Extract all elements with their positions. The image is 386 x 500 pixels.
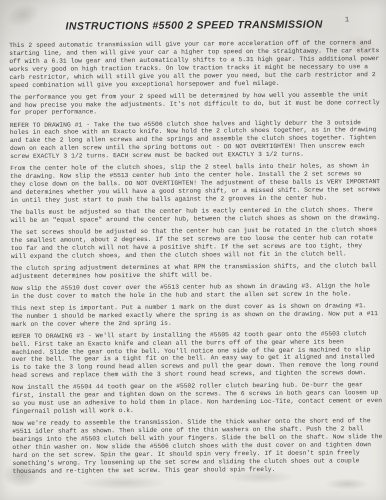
paragraph-mark-cover: This next step is important. Put a numbe… [11,302,381,329]
paragraph-refer-drawing-1: REFER TO DRAWING #1 - Take the two #5506… [10,119,380,161]
document-page: INSTRUCTIONS #5500 2 SPEED TRANSMISSION … [0,0,386,500]
paragraph-performance: The performance you get from your 2 spee… [10,91,380,118]
paragraph-ball-adjustment: The balls must be adjusted so that the c… [11,206,381,225]
document-header: INSTRUCTIONS #5500 2 SPEED TRANSMISSION … [9,14,379,35]
paragraph-final-assembly: Now we're ready to assemble the transmis… [12,417,382,475]
paragraph-set-screws: The set screws should be adjusted so tha… [11,226,381,261]
document-content: INSTRUCTIONS #5500 2 SPEED TRANSMISSION … [9,14,383,480]
scan-smudge-bottom-right [325,478,369,490]
paragraph-44-tooth-gear: Now install the #5504 44 tooth gear on t… [12,381,382,416]
paragraph-spring-adjustment: The clutch spring adjustment determines … [11,262,381,281]
paragraph-refer-drawing-3: REFER TO DRAWING #3 - We'll start by ins… [11,330,381,380]
paragraph-steel-balls: From the center hole of the clutch shoes… [10,162,380,204]
document-body: This 2 speed automatic transmission will… [9,39,382,475]
page-number: 1 [345,16,349,24]
paragraph-intro: This 2 speed automatic transmission will… [9,39,379,89]
document-title: INSTRUCTIONS #5500 2 SPEED TRANSMISSION [65,19,322,33]
paragraph-dust-cover: Now slip the #5510 dust cover over the #… [11,282,381,301]
